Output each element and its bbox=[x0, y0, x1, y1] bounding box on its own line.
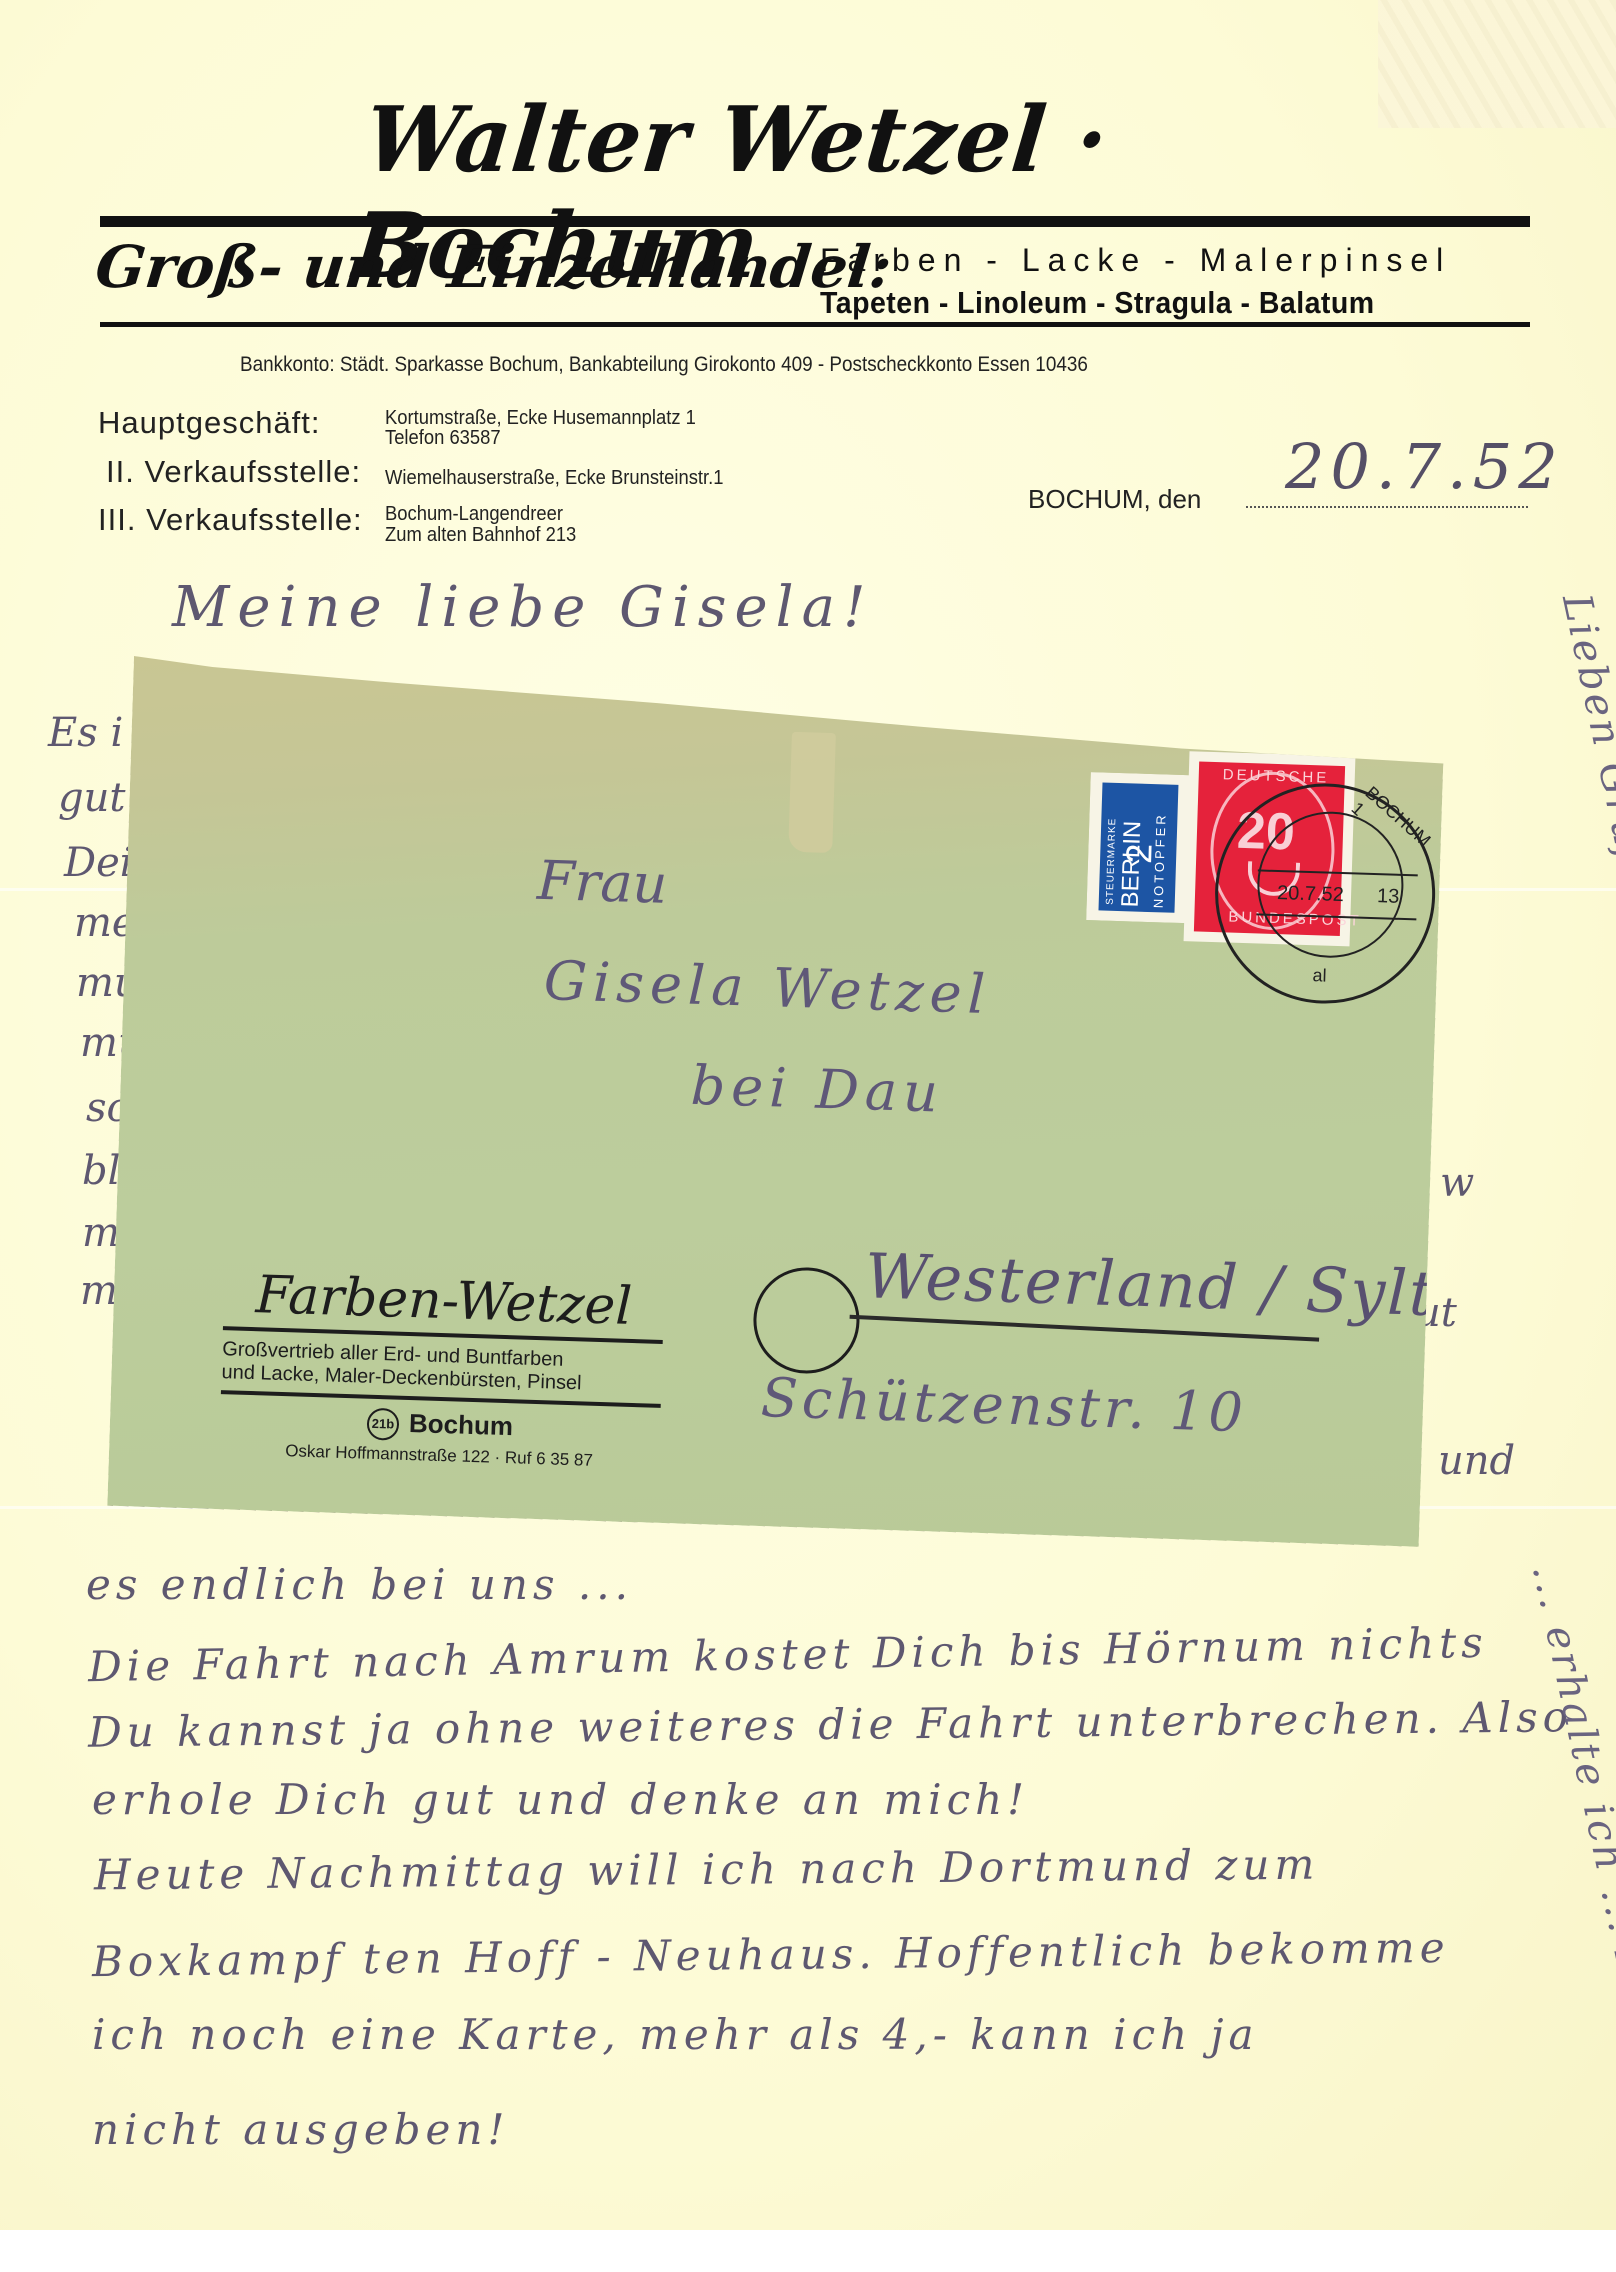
letterhead-rule bbox=[100, 216, 1530, 227]
salutation: Meine liebe Gisela! bbox=[172, 575, 873, 640]
envelope: Farben-Wetzel Großvertrieb aller Erd- un… bbox=[107, 656, 1445, 1547]
stamp-top-text: NOTOPFER bbox=[1151, 812, 1169, 908]
margin-fragment: Dei bbox=[64, 840, 133, 886]
letter-line: es endlich bei uns ... bbox=[86, 1560, 633, 1609]
recipient-salutation: Frau bbox=[536, 849, 668, 916]
stamp-main-text: BERLIN bbox=[1117, 820, 1148, 908]
trade-heading: Groß- und Einzelhandel: bbox=[92, 233, 894, 301]
postal-code-circle bbox=[752, 1266, 861, 1375]
margin-fragment: Es i bbox=[48, 710, 123, 756]
scan-margin bbox=[0, 2230, 1616, 2272]
margin-fragment: w bbox=[1440, 1160, 1474, 1206]
branch-address: Bochum-Langendreer bbox=[385, 504, 563, 525]
margin-fragment: m bbox=[80, 1268, 118, 1314]
postmark-code: al bbox=[1312, 965, 1327, 986]
recipient-street: Schützenstr. 10 bbox=[760, 1366, 1248, 1444]
branch-label: III. Verkaufsstelle: bbox=[98, 502, 363, 538]
branch-address: Zum alten Bahnhof 213 bbox=[385, 525, 576, 546]
postmark-time: 13 bbox=[1377, 885, 1400, 909]
letterhead-rule bbox=[100, 322, 1530, 327]
margin-fragment: und bbox=[1438, 1438, 1515, 1484]
branch-address: Kortumstraße, Ecke Husemannplatz 1 bbox=[385, 408, 696, 429]
recipient-name: Gisela Wetzel bbox=[543, 949, 992, 1026]
trade-products-line1: Farben - Lacke - Malerpinsel bbox=[820, 242, 1532, 279]
city-date-label: BOCHUM, den bbox=[1028, 484, 1201, 515]
notopfer-berlin-stamp: STEUERMARKE 2 BERLIN NOTOPFER bbox=[1086, 772, 1191, 923]
letter-line: nicht ausgeben! bbox=[92, 2105, 509, 2154]
envelope-tear bbox=[788, 732, 836, 853]
recipient-city: Westerland / Sylt bbox=[864, 1239, 1437, 1330]
postcode-badge: 21b bbox=[366, 1408, 399, 1441]
trade-products-line2: Tapeten - Linoleum - Stragula - Balatum bbox=[820, 285, 1475, 321]
sender-name: Farben-Wetzel bbox=[223, 1264, 665, 1338]
date-dotted-line bbox=[1246, 506, 1528, 508]
branch-label: II. Verkaufsstelle: bbox=[106, 454, 361, 490]
branch-phone: Telefon 63587 bbox=[385, 428, 501, 449]
sender-city: Bochum bbox=[409, 1408, 514, 1441]
sender-imprint: Farben-Wetzel Großvertrieb aller Erd- un… bbox=[219, 1264, 665, 1473]
handwritten-date: 20.7.52 bbox=[1285, 430, 1564, 503]
recipient-care-of: bei Dau bbox=[690, 1054, 945, 1125]
margin-fragment: gut bbox=[58, 775, 125, 821]
branch-label: Hauptgeschäft: bbox=[98, 405, 321, 441]
letter-line: erhole Dich gut und denke an mich! bbox=[92, 1775, 1029, 1824]
bank-details: Bankkonto: Städt. Sparkasse Bochum, Bank… bbox=[240, 353, 1088, 377]
branch-address: Wiemelhauserstraße, Ecke Brunsteinstr.1 bbox=[385, 468, 723, 489]
letter-line: ich noch eine Karte, mehr als 4,- kann i… bbox=[92, 2010, 1259, 2059]
postmark-date: 20.7.52 bbox=[1277, 882, 1344, 907]
scan-corner-patch bbox=[1378, 0, 1616, 128]
